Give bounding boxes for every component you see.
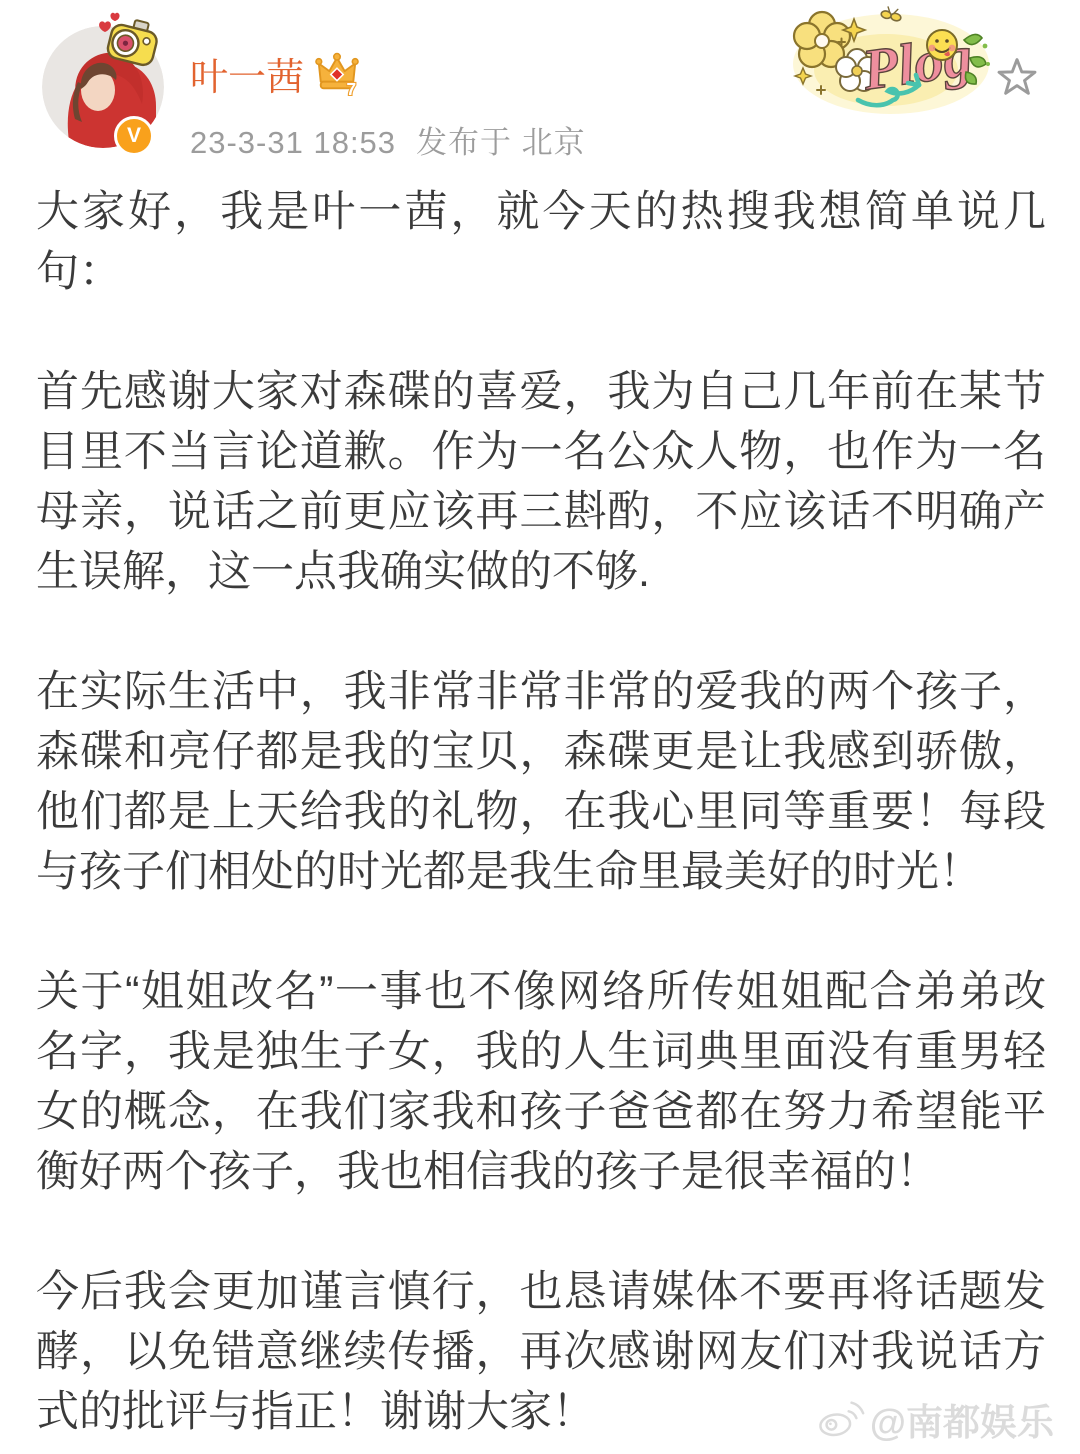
username[interactable]: 叶一茜 [190, 46, 304, 101]
timestamp: 23-3-31 18:53 [190, 125, 396, 160]
favorite-star-icon[interactable] [995, 54, 1039, 100]
vip-level-number: 7 [347, 79, 357, 96]
post-paragraph-2: 首先感谢大家对森碟的喜爱，我为自己几年前在某节目里不当言论道歉。作为一名公众人物… [36, 362, 1046, 602]
verified-v-badge: V [114, 116, 154, 156]
post-header: V 叶一茜 7 23-3-31 18:53发布于 北京 [0, 0, 1080, 170]
weibo-post: V 叶一茜 7 23-3-31 18:53发布于 北京 [0, 0, 1080, 1454]
post-meta: 23-3-31 18:53发布于 北京 [190, 117, 586, 162]
post-paragraph-3: 在实际生活中，我非常非常非常的爱我的两个孩子，森碟和亮仔都是我的宝贝，森碟更是让… [36, 662, 1046, 902]
post-paragraph-5: 今后我会更加谨言慎行，也恳请媒体不要再将话题发酵，以免错意继续传播，再次感谢网友… [36, 1262, 1046, 1442]
post-paragraph-1: 大家好，我是叶一茜，就今天的热搜我想简单说几句： [36, 182, 1046, 302]
vip-crown-icon: 7 [314, 52, 360, 96]
post-content: 大家好，我是叶一茜，就今天的热搜我想简单说几句： 首先感谢大家对森碟的喜爱，我为… [36, 182, 1046, 1442]
smiley-icon [927, 30, 957, 60]
post-paragraph-4: 关于“姐姐改名”一事也不像网络所传姐姐配合弟弟改名字，我是独生子女，我的人生词典… [36, 962, 1046, 1202]
user-block: 叶一茜 7 23-3-31 18:53发布于 北京 [190, 46, 586, 162]
plog-sticker: Plog [786, 6, 991, 116]
avatar[interactable]: V [42, 26, 164, 148]
camera-sticker-icon [86, 12, 162, 80]
publish-location: 发布于 北京 [416, 125, 586, 160]
